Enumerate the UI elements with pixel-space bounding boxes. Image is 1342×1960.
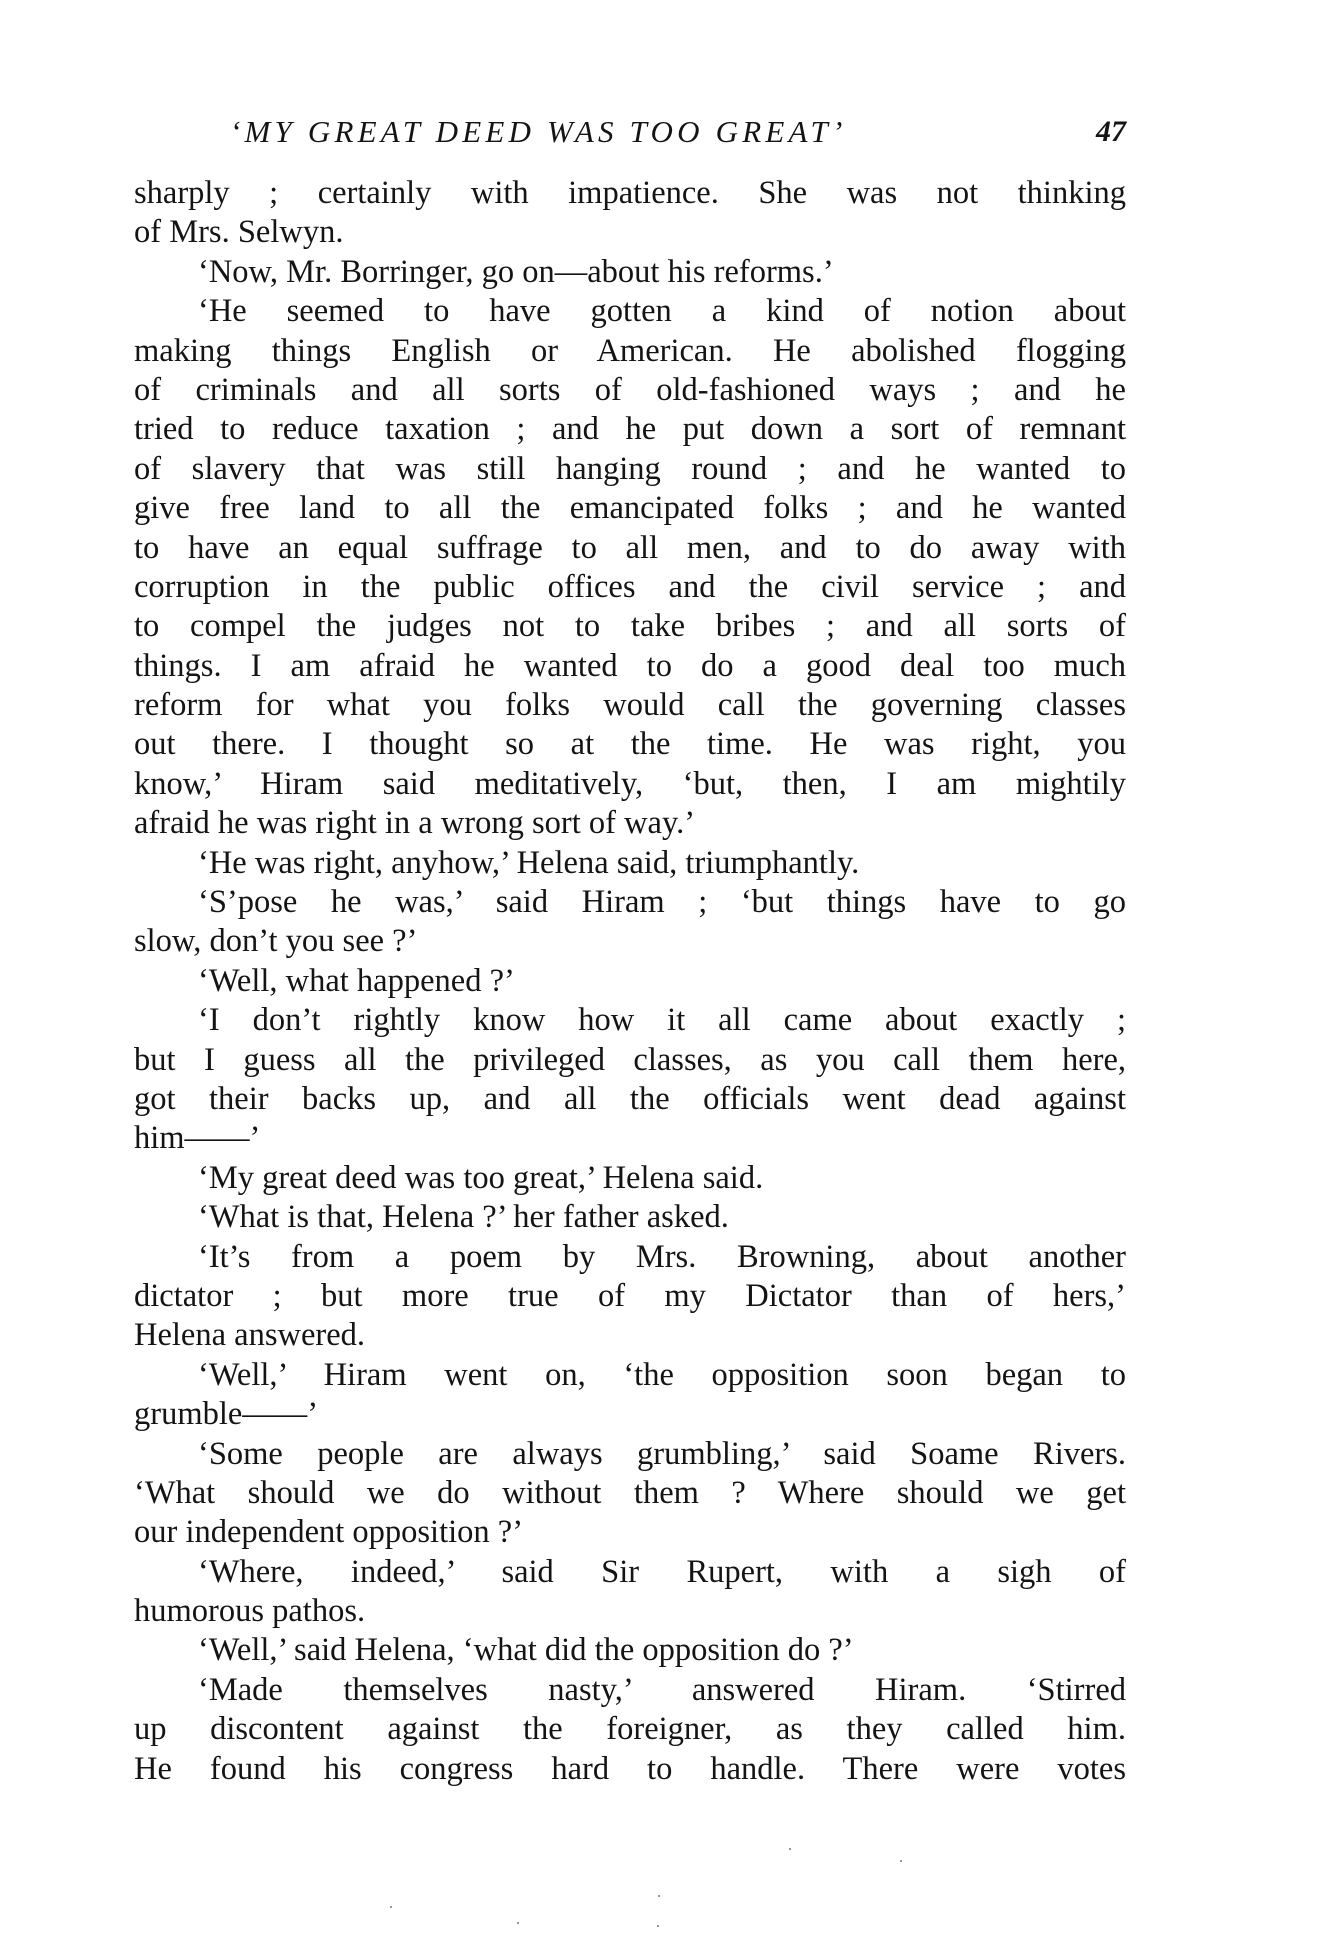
text-line: sharply ; certainly with impatience. She… — [134, 174, 1126, 213]
text-line: things. I am afraid he wanted to do a go… — [134, 647, 1126, 686]
text-line: to compel the judges not to take bribes … — [134, 607, 1126, 646]
text-line: ‘S’pose he was,’ said Hiram ; ‘but thing… — [134, 883, 1126, 922]
scan-speck — [390, 1906, 392, 1908]
scan-speck — [900, 1860, 902, 1862]
body-text: sharply ; certainly with impatience. She… — [134, 174, 1126, 1789]
text-line: dictator ; but more true of my Dictator … — [134, 1277, 1126, 1316]
text-line: ‘Well, what happened ?’ — [134, 962, 1126, 1001]
text-line: ‘Now, Mr. Borringer, go on—about his ref… — [134, 253, 1126, 292]
text-line: ‘Well,’ Hiram went on, ‘the opposition s… — [134, 1356, 1126, 1395]
text-line: making things English or American. He ab… — [134, 332, 1126, 371]
text-line: ‘What is that, Helena ?’ her father aske… — [134, 1198, 1126, 1237]
text-line: slow, don’t you see ?’ — [134, 922, 1126, 961]
text-line: of slavery that was still hanging round … — [134, 450, 1126, 489]
text-line: of criminals and all sorts of old-fashio… — [134, 371, 1126, 410]
text-line: ‘Some people are always grumbling,’ said… — [134, 1435, 1126, 1474]
text-line: ‘Made themselves nasty,’ answered Hiram.… — [134, 1671, 1126, 1710]
text-line: up discontent against the foreigner, as … — [134, 1710, 1126, 1749]
text-line: corruption in the public offices and the… — [134, 568, 1126, 607]
text-line: ‘I don’t rightly know how it all came ab… — [134, 1001, 1126, 1040]
text-line: but I guess all the privileged classes, … — [134, 1041, 1126, 1080]
running-header: ‘MY GREAT DEED WAS TOO GREAT’ 47 — [134, 112, 1126, 152]
text-line: ‘It’s from a poem by Mrs. Browning, abou… — [134, 1238, 1126, 1277]
text-line: Helena answered. — [134, 1316, 1126, 1355]
text-line: out there. I thought so at the time. He … — [134, 725, 1126, 764]
page-number: 47 — [1096, 112, 1126, 152]
text-line: ‘He seemed to have gotten a kind of noti… — [134, 292, 1126, 331]
scan-speck — [789, 1848, 791, 1850]
text-line: He found his congress hard to handle. Th… — [134, 1750, 1126, 1789]
text-line: got their backs up, and all the official… — [134, 1080, 1126, 1119]
text-line: tried to reduce taxation ; and he put do… — [134, 410, 1126, 449]
running-title: ‘MY GREAT DEED WAS TOO GREAT’ — [230, 112, 846, 152]
text-line: grumble——’ — [134, 1395, 1126, 1434]
text-line: him——’ — [134, 1119, 1126, 1158]
text-line: give free land to all the emancipated fo… — [134, 489, 1126, 528]
scan-speck — [517, 1922, 519, 1924]
text-line: ‘My great deed was too great,’ Helena sa… — [134, 1159, 1126, 1198]
text-line: of Mrs. Selwyn. — [134, 213, 1126, 252]
text-line: ‘He was right, anyhow,’ Helena said, tri… — [134, 844, 1126, 883]
scan-speck — [658, 1895, 660, 1897]
text-line: afraid he was right in a wrong sort of w… — [134, 804, 1126, 843]
text-line: our independent opposition ?’ — [134, 1513, 1126, 1552]
text-line: ‘What should we do without them ? Where … — [134, 1474, 1126, 1513]
text-line: know,’ Hiram said meditatively, ‘but, th… — [134, 765, 1126, 804]
text-line: to have an equal suffrage to all men, an… — [134, 529, 1126, 568]
text-line: ‘Where, indeed,’ said Sir Rupert, with a… — [134, 1553, 1126, 1592]
text-line: reform for what you folks would call the… — [134, 686, 1126, 725]
book-page: ‘MY GREAT DEED WAS TOO GREAT’ 47 sharply… — [0, 0, 1342, 1960]
text-line: ‘Well,’ said Helena, ‘what did the oppos… — [134, 1631, 1126, 1670]
text-line: humorous pathos. — [134, 1592, 1126, 1631]
scan-speck — [657, 1925, 659, 1927]
